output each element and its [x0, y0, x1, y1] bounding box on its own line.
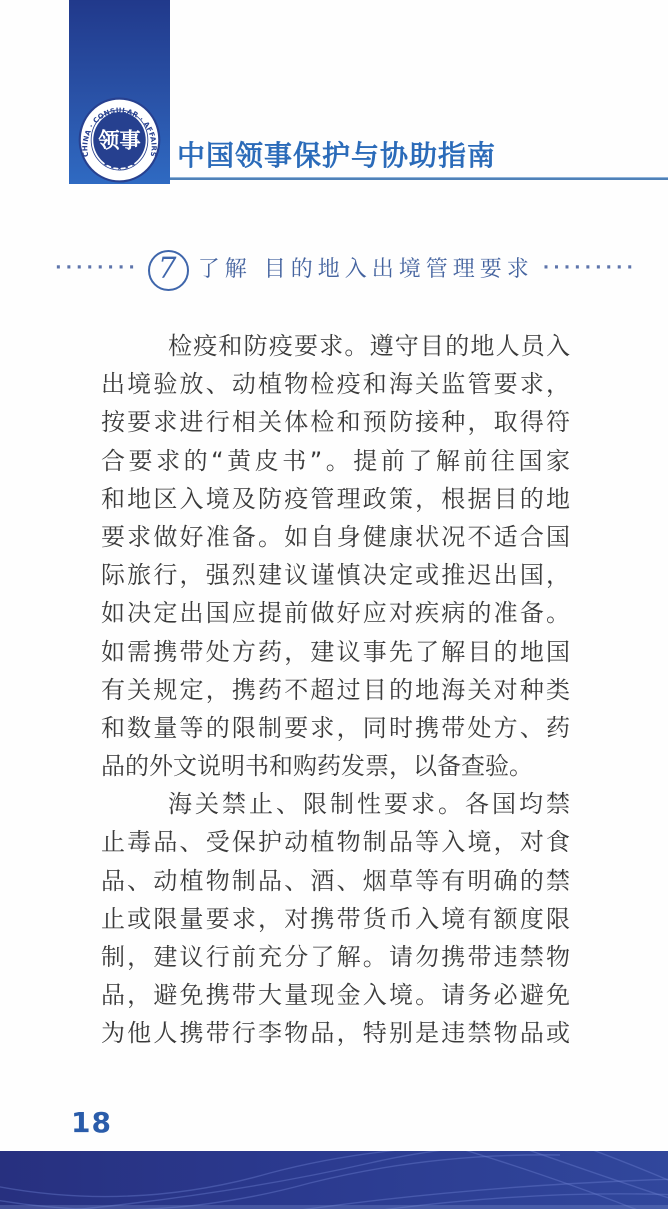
page-number: 18 [71, 1106, 112, 1139]
body-line: 止毒品、受保护动植物制品等入境，对食 [101, 823, 570, 861]
body-line: 品的外文说明书和购药发票，以备查验。 [101, 747, 570, 785]
body-line: 制，建议行前充分了解。请勿携带违禁物 [101, 938, 570, 976]
body-line: 和数量等的限制要求，同时携带处方、药 [101, 709, 570, 747]
footer-band [0, 1151, 668, 1209]
section-heading: ········ 7 了解 目的地入出境管理要求 ········· [98, 247, 594, 293]
body-line: 检疫和防疫要求。遵守目的地人员入 [101, 327, 570, 365]
body-line: 如需携带处方药，建议事先了解目的地国 [101, 633, 570, 671]
body-line: 出境验放、动植物检疫和海关监管要求， [101, 365, 570, 403]
footer-bottom-edge [0, 1205, 668, 1209]
page: CHINA · CONSULAR · AFFAIRS ★ ★ ★ ★ ★ 领事 … [0, 0, 668, 1209]
section-number: 7 [158, 254, 176, 283]
body-line: 止或限量要求，对携带货币入境有额度限 [101, 900, 570, 938]
doc-title: 中国领事保护与协助指南 [177, 134, 496, 174]
body-line: 际旅行，强烈建议谨慎决定或推迟出国， [101, 556, 570, 594]
header-divider [170, 177, 668, 180]
leader-dots-right: ········· [543, 260, 637, 277]
body-line: 有关规定，携药不超过目的地海关对种类 [101, 671, 570, 709]
section-number-badge: 7 [148, 250, 189, 291]
body-line: 品、动植物制品、酒、烟草等有明确的禁 [101, 862, 570, 900]
body-line: 如决定出国应提前做好应对疾病的准备。 [101, 594, 570, 632]
body-line: 海关禁止、限制性要求。各国均禁 [101, 785, 570, 823]
body-line: 要求做好准备。如自身健康状况不适合国 [101, 518, 570, 556]
body-line: 按要求进行相关体检和预防接种，取得符 [101, 403, 570, 441]
body-line: 为他人携带行李物品，特别是违禁物品或 [101, 1014, 570, 1052]
body-line: 和地区入境及防疫管理政策，根据目的地 [101, 480, 570, 518]
header-left-strip: CHINA · CONSULAR · AFFAIRS ★ ★ ★ ★ ★ 领事 [69, 0, 170, 184]
footer-wave-pattern [0, 1151, 668, 1209]
emblem-seal-text: 领事 [98, 128, 140, 153]
leader-dots-left: ········ [55, 260, 139, 277]
consular-emblem: CHINA · CONSULAR · AFFAIRS ★ ★ ★ ★ ★ 领事 [75, 96, 164, 184]
body-text: 检疫和防疫要求。遵守目的地人员入 出境验放、动植物检疫和海关监管要求， 按要求进… [101, 327, 570, 1053]
body-line: 品，避免携带大量现金入境。请务必避免 [101, 976, 570, 1014]
body-line: 合要求的“黄皮书”。提前了解前往国家 [101, 442, 570, 480]
section-title: 了解 目的地入出境管理要求 [198, 259, 534, 281]
